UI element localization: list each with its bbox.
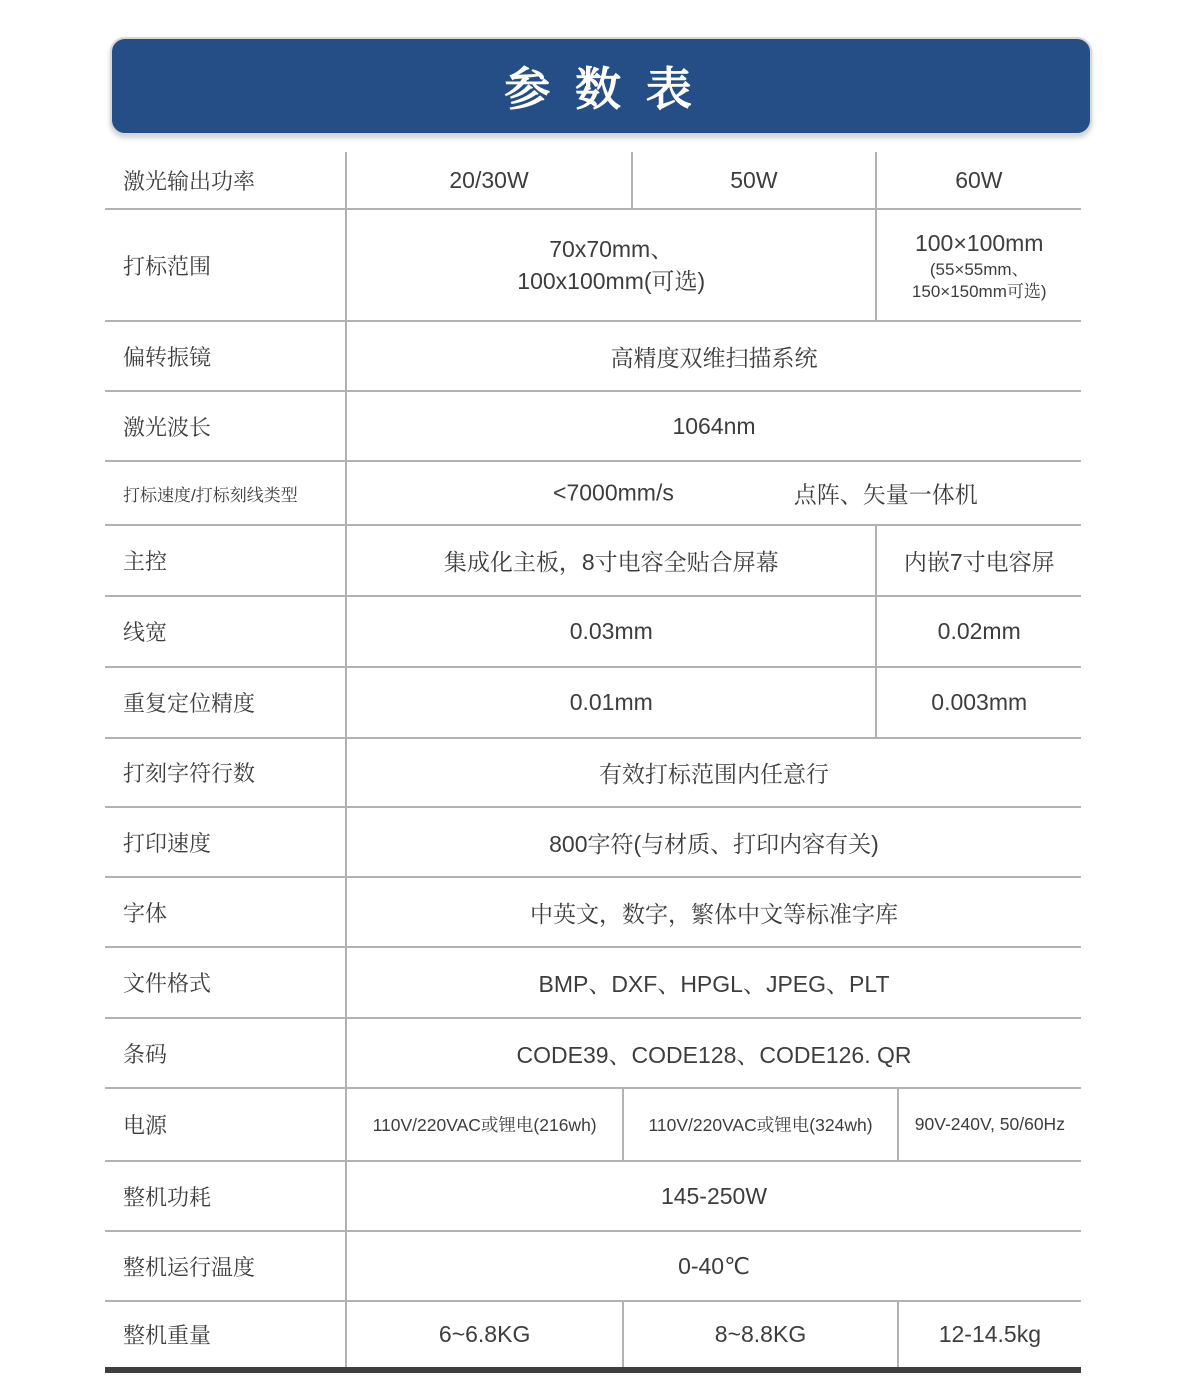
row-cell: 0-40℃ xyxy=(347,1232,1081,1300)
header-card: 参 数 表 xyxy=(110,37,1092,135)
cell-line: 100x100mm(可选) xyxy=(517,265,705,297)
row-label: 电源 xyxy=(105,1089,345,1160)
spec-table: 激光输出功率20/30W50W60W打标范围70x70mm、100x100mm(… xyxy=(105,152,1081,1373)
table-row: 整机重量6~6.8KG8~8.8KG12-14.5kg xyxy=(105,1302,1081,1373)
cell-line: 100×100mm xyxy=(915,227,1044,259)
row-label: 打刻字符行数 xyxy=(105,739,345,806)
row-label: 打标范围 xyxy=(105,210,345,320)
cell-line: (55×55mm、 xyxy=(930,259,1029,281)
table-row: 重复定位精度0.01mm0.003mm xyxy=(105,668,1081,739)
row-cell: BMP、DXF、HPGL、JPEG、PLT xyxy=(347,948,1081,1017)
row-cell: 50W xyxy=(631,152,875,208)
table-row: 打标速度/打标刻线类型<7000mm/s点阵、矢量一体机 xyxy=(105,462,1081,526)
row-cell: 高精度双维扫描系统 xyxy=(347,322,1081,390)
row-cell: 110V/220VAC或锂电(216wh) xyxy=(347,1089,622,1160)
row-label: 线宽 xyxy=(105,597,345,666)
row-cell: 100×100mm(55×55mm、150×150mm可选) xyxy=(875,210,1081,320)
table-row: 偏转振镜高精度双维扫描系统 xyxy=(105,322,1081,392)
row-cell: 1064nm xyxy=(347,392,1081,460)
row-cells: 20/30W50W60W xyxy=(345,152,1081,208)
row-cells: 145-250W xyxy=(345,1162,1081,1230)
row-cells: BMP、DXF、HPGL、JPEG、PLT xyxy=(345,948,1081,1017)
table-row: 激光波长1064nm xyxy=(105,392,1081,462)
row-cell: 70x70mm、100x100mm(可选) xyxy=(347,210,875,320)
row-cell: 6~6.8KG xyxy=(347,1302,622,1367)
row-label: 字体 xyxy=(105,878,345,946)
row-cell: 0.02mm xyxy=(875,597,1081,666)
row-cells: 集成化主板，8寸电容全贴合屏幕内嵌7寸电容屏 xyxy=(345,526,1081,595)
row-label: 主控 xyxy=(105,526,345,595)
row-cell: 110V/220VAC或锂电(324wh) xyxy=(622,1089,897,1160)
row-cell: 内嵌7寸电容屏 xyxy=(875,526,1081,595)
row-cell: 有效打标范围内任意行 xyxy=(347,739,1081,806)
table-row: 整机功耗145-250W xyxy=(105,1162,1081,1232)
cell-line: 150×150mm可选) xyxy=(912,281,1047,303)
row-label: 文件格式 xyxy=(105,948,345,1017)
table-row: 电源110V/220VAC或锂电(216wh)110V/220VAC或锂电(32… xyxy=(105,1089,1081,1162)
row-label: 打印速度 xyxy=(105,808,345,876)
row-cells: 有效打标范围内任意行 xyxy=(345,739,1081,806)
row-cells: 1064nm xyxy=(345,392,1081,460)
table-row: 打印速度800字符(与材质、打印内容有关) xyxy=(105,808,1081,878)
table-row: 打标范围70x70mm、100x100mm(可选)100×100mm(55×55… xyxy=(105,210,1081,322)
row-cells: 0.01mm0.003mm xyxy=(345,668,1081,737)
row-label: 激光波长 xyxy=(105,392,345,460)
row-cell: 0.01mm xyxy=(347,668,875,737)
row-cell: 60W xyxy=(875,152,1081,208)
row-label: 整机重量 xyxy=(105,1302,345,1367)
table-row: 条码CODE39、CODE128、CODE126. QR xyxy=(105,1019,1081,1089)
row-label: 整机功耗 xyxy=(105,1162,345,1230)
row-cell: CODE39、CODE128、CODE126. QR xyxy=(347,1019,1081,1087)
table-row: 激光输出功率20/30W50W60W xyxy=(105,152,1081,210)
row-cells: 0-40℃ xyxy=(345,1232,1081,1300)
table-row: 打刻字符行数有效打标范围内任意行 xyxy=(105,739,1081,808)
row-cells: 0.03mm0.02mm xyxy=(345,597,1081,666)
row-cell: 8~8.8KG xyxy=(622,1302,897,1367)
row-label: 条码 xyxy=(105,1019,345,1087)
row-cell: 800字符(与材质、打印内容有关) xyxy=(347,808,1081,876)
table-row: 主控集成化主板，8寸电容全贴合屏幕内嵌7寸电容屏 xyxy=(105,526,1081,597)
row-cells: 6~6.8KG8~8.8KG12-14.5kg xyxy=(345,1302,1081,1367)
row-cell: 集成化主板，8寸电容全贴合屏幕 xyxy=(347,526,875,595)
row-cell: 点阵、矢量一体机 xyxy=(794,477,978,510)
cell-line: 70x70mm、 xyxy=(549,233,673,265)
row-cells: 70x70mm、100x100mm(可选)100×100mm(55×55mm、1… xyxy=(345,210,1081,320)
page-title: 参 数 表 xyxy=(504,53,698,119)
row-label: 偏转振镜 xyxy=(105,322,345,390)
table-row: 字体中英文，数字，繁体中文等标准字库 xyxy=(105,878,1081,948)
row-cell: 中英文，数字，繁体中文等标准字库 xyxy=(347,878,1081,946)
row-cells: 800字符(与材质、打印内容有关) xyxy=(345,808,1081,876)
row-label: 重复定位精度 xyxy=(105,668,345,737)
row-cell: 0.003mm xyxy=(875,668,1081,737)
row-cells: <7000mm/s点阵、矢量一体机 xyxy=(345,462,1081,524)
row-cell: <7000mm/s xyxy=(553,480,674,507)
row-label: 打标速度/打标刻线类型 xyxy=(105,462,345,524)
row-label: 激光输出功率 xyxy=(105,152,345,208)
row-cell: 20/30W xyxy=(347,152,631,208)
table-row: 线宽0.03mm0.02mm xyxy=(105,597,1081,668)
row-cell: 145-250W xyxy=(347,1162,1081,1230)
row-cell: 90V-240V, 50/60Hz xyxy=(897,1089,1081,1160)
row-cell: 12-14.5kg xyxy=(897,1302,1081,1367)
row-label: 整机运行温度 xyxy=(105,1232,345,1300)
row-cells: 高精度双维扫描系统 xyxy=(345,322,1081,390)
table-row: 整机运行温度0-40℃ xyxy=(105,1232,1081,1302)
row-cells: CODE39、CODE128、CODE126. QR xyxy=(345,1019,1081,1087)
row-cells: 110V/220VAC或锂电(216wh)110V/220VAC或锂电(324w… xyxy=(345,1089,1081,1160)
row-cell: 0.03mm xyxy=(347,597,875,666)
row-cells: 中英文，数字，繁体中文等标准字库 xyxy=(345,878,1081,946)
table-row: 文件格式BMP、DXF、HPGL、JPEG、PLT xyxy=(105,948,1081,1019)
